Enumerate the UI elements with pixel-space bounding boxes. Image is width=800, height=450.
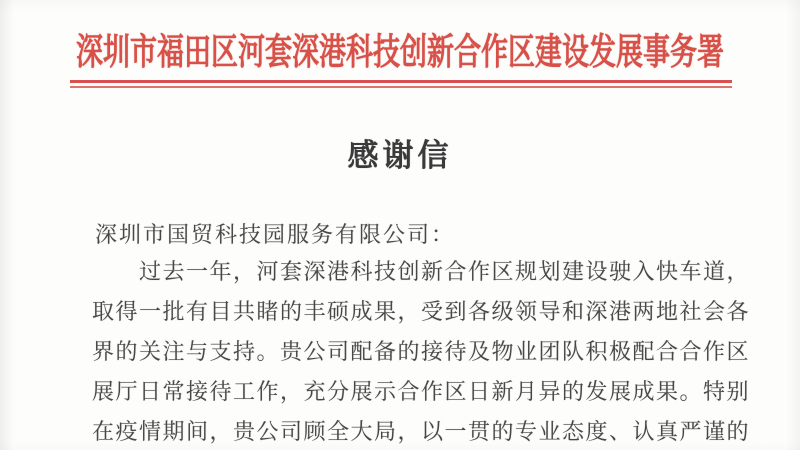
body-line: 过去一年，河套深港科技创新合作区规划建设驶入快车道，	[92, 252, 772, 292]
body-line: 取得一批有目共睹的丰硕成果，受到各级领导和深港两地社会各	[92, 292, 772, 332]
header-double-rule	[70, 80, 732, 88]
body-line: 展厅日常接待工作，充分展示合作区日新月异的发展成果。特别	[92, 372, 772, 412]
agency-header-title: 深圳市福田区河套深港科技创新合作区建设发展事务署	[0, 22, 800, 75]
salutation: 深圳市国贸科技园服务有限公司：	[95, 218, 455, 249]
body-line: 界的关注与支持。贵公司配备的接待及物业团队积极配合合作区	[92, 332, 772, 372]
letter-page: 深圳市福田区河套深港科技创新合作区建设发展事务署 感谢信 深圳市国贸科技园服务有…	[0, 0, 800, 450]
letter-body: 过去一年，河套深港科技创新合作区规划建设驶入快车道， 取得一批有目共睹的丰硕成果…	[92, 252, 772, 450]
body-line: 在疫情期间，贵公司顾全大局，以一贯的专业态度、认真严谨的	[92, 412, 772, 450]
letter-title: 感谢信	[0, 130, 800, 175]
